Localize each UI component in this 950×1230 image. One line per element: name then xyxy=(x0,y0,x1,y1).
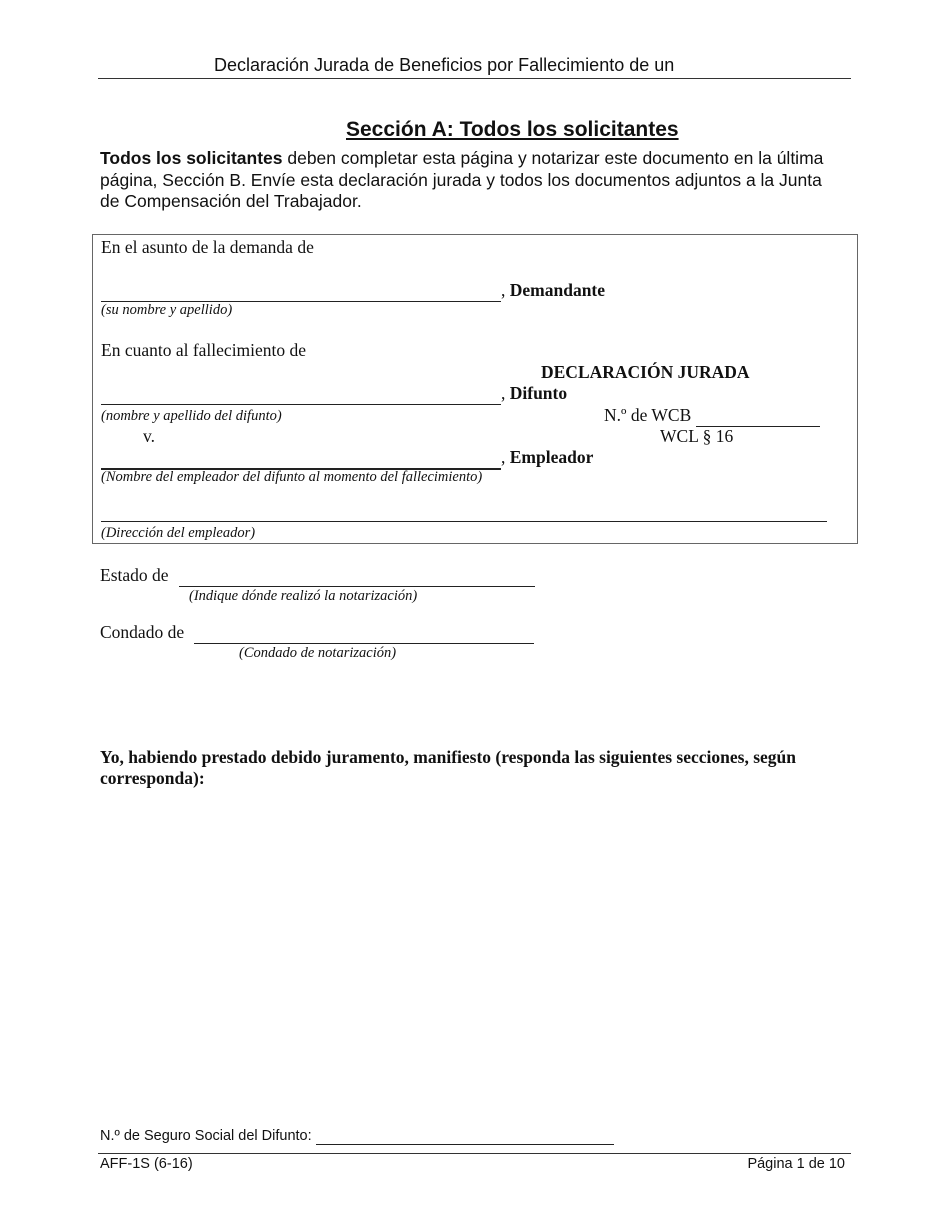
wcb-number-field[interactable] xyxy=(696,405,820,427)
oath-statement: Yo, habiendo prestado debido juramento, … xyxy=(100,747,860,789)
employer-suffix: Empleador xyxy=(510,447,594,467)
running-header-title: Declaración Jurada de Beneficios por Fal… xyxy=(214,55,674,76)
claimant-suffix: Demandante xyxy=(510,280,605,300)
county-field[interactable] xyxy=(194,622,534,644)
intro-bold: Todos los solicitantes xyxy=(100,148,283,168)
claimant-name-field[interactable] xyxy=(101,280,501,302)
caption-box: En el asunto de la demanda de , Demandan… xyxy=(92,234,858,544)
employer-row: , Empleador xyxy=(101,447,593,470)
county-row: Condado de xyxy=(100,622,534,644)
section-title: Sección A: Todos los solicitantes xyxy=(346,118,679,142)
versus: v. xyxy=(143,426,155,447)
employer-address-field[interactable] xyxy=(101,503,827,522)
death-label: En cuanto al fallecimiento de xyxy=(101,340,306,361)
ssn-row: N.º de Seguro Social del Difunto: xyxy=(100,1128,614,1145)
ssn-label: N.º de Seguro Social del Difunto: xyxy=(100,1128,312,1144)
county-label: Condado de xyxy=(100,622,184,642)
claimant-hint: (su nombre y apellido) xyxy=(101,302,232,319)
decedent-hint: (nombre y apellido del difunto) xyxy=(101,408,282,425)
decedent-suffix: Difunto xyxy=(510,383,567,403)
matter-label: En el asunto de la demanda de xyxy=(101,237,314,258)
employer-hint: (Nombre del empleador del difunto al mom… xyxy=(101,469,482,486)
footer-divider xyxy=(98,1153,851,1154)
decedent-name-field[interactable] xyxy=(101,383,501,405)
claimant-row: , Demandante xyxy=(101,280,605,302)
document-title: DECLARACIÓN JURADA xyxy=(541,362,750,383)
county-hint: (Condado de notarización) xyxy=(239,645,396,662)
state-field[interactable] xyxy=(179,565,535,587)
wcb-label: N.º de WCB xyxy=(604,405,691,425)
header-divider xyxy=(98,78,851,79)
state-row: Estado de xyxy=(100,565,535,587)
employer-name-field[interactable] xyxy=(101,447,501,470)
ssn-field[interactable] xyxy=(316,1128,614,1145)
wcl-label: WCL § 16 xyxy=(660,426,733,447)
page-number: Página 1 de 10 xyxy=(747,1156,845,1172)
section-intro: Todos los solicitantes deben completar e… xyxy=(100,148,840,213)
wcb-row: N.º de WCB xyxy=(604,405,820,427)
state-label: Estado de xyxy=(100,565,169,585)
address-hint: (Dirección del empleador) xyxy=(101,525,255,542)
decedent-row: , Difunto xyxy=(101,383,567,405)
state-hint: (Indique dónde realizó la notarización) xyxy=(189,588,417,605)
form-id: AFF-1S (6-16) xyxy=(100,1156,193,1172)
